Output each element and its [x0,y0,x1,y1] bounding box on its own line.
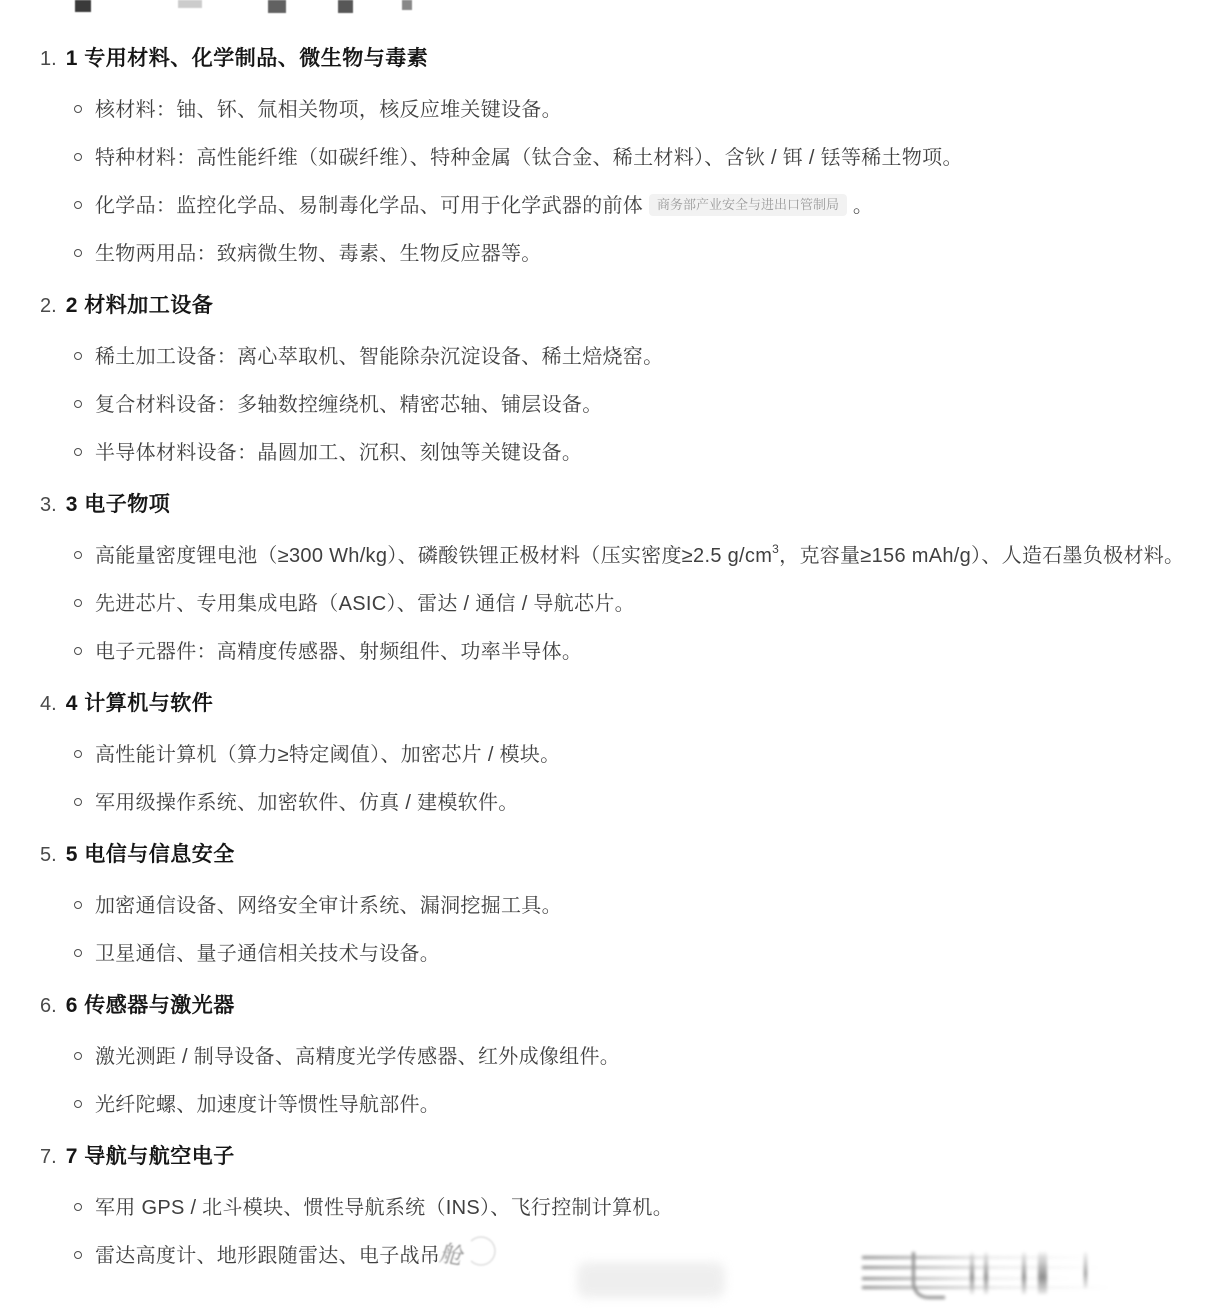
bullet-circle-icon [74,599,82,607]
bullet-circle-icon [74,949,82,957]
erased-watermark-blob [577,1262,725,1298]
item-text: 光纤陀螺、加速度计等惯性导航部件。 [95,1094,440,1116]
item-text: 卫星通信、量子通信相关技术与设备。 [95,943,440,965]
item-text: 加密通信设备、网络安全审计系统、漏洞挖掘工具。 [95,895,562,917]
list-section: 6.6 传感器与激光器 激光测距 / 制导设备、高精度光学传感器、红外成像组件。… [40,991,1186,1126]
list-item: 电子元器件：高精度传感器、射频组件、功率半导体。 [73,632,1186,673]
list-item: 先进芯片、专用集成电路（ASIC）、雷达 / 通信 / 导航芯片。 [73,584,1186,625]
list-item: 高性能计算机（算力≥特定阈值）、加密芯片 / 模块。 [73,735,1186,776]
section-heading: 1.1 专用材料、化学制品、微生物与毒素 [40,44,1186,76]
section-heading: 3.3 电子物项 [40,490,1186,522]
section-heading: 7.7 导航与航空电子 [40,1142,1186,1174]
bullet-circle-icon [74,551,82,559]
bullet-circle-icon [74,201,82,209]
bullet-circle-icon [74,1251,82,1259]
section-items: 高性能计算机（算力≥特定阈值）、加密芯片 / 模块。军用级操作系统、加密软件、仿… [40,735,1186,824]
section-items: 激光测距 / 制导设备、高精度光学传感器、红外成像组件。光纤陀螺、加速度计等惯性… [40,1037,1186,1126]
bullet-circle-icon [74,400,82,408]
list-item: 加密通信设备、网络安全审计系统、漏洞挖掘工具。 [73,886,1186,927]
section-title: 2 材料加工设备 [66,294,214,317]
item-text: 电子元器件：高精度传感器、射频组件、功率半导体。 [95,641,582,663]
section-number: 1. [40,48,57,70]
watermark-swirl-icon [466,1236,496,1266]
bullet-circle-icon [74,647,82,655]
document-body: 1.1 专用材料、化学制品、微生物与毒素 核材料：铀、钚、氚相关物项，核反应堆关… [0,0,1206,1277]
list-item: 高能量密度锂电池（≥300 Wh/kg）、磷酸铁锂正极材料（压实密度≥2.5 g… [73,536,1186,577]
section-number: 6. [40,995,57,1017]
section-title: 6 传感器与激光器 [66,994,235,1017]
section-number: 5. [40,844,57,866]
bullet-circle-icon [74,1052,82,1060]
list-section: 3.3 电子物项 高能量密度锂电池（≥300 Wh/kg）、磷酸铁锂正极材料（压… [40,490,1186,673]
section-number: 7. [40,1146,57,1168]
bullet-circle-icon [74,1100,82,1108]
bullet-circle-icon [74,352,82,360]
item-text: 生物两用品：致病微生物、毒素、生物反应器等。 [95,243,542,265]
section-number: 3. [40,494,57,516]
item-text: ，克容量≥156 mAh/g）、人造石墨负极材料。 [779,545,1184,567]
item-text: 高性能计算机（算力≥特定阈值）、加密芯片 / 模块。 [95,744,560,766]
list-item: 军用 GPS / 北斗模块、惯性导航系统（INS）、飞行控制计算机。 [73,1188,1186,1229]
list-item: 稀土加工设备：离心萃取机、智能除杂沉淀设备、稀土焙烧窑。 [73,337,1186,378]
section-items: 高能量密度锂电池（≥300 Wh/kg）、磷酸铁锂正极材料（压实密度≥2.5 g… [40,536,1186,673]
item-text: 军用 GPS / 北斗模块、惯性导航系统（INS）、飞行控制计算机。 [95,1197,673,1219]
blurred-watermark [862,1250,1112,1298]
item-text: 雷达高度计、地形跟随雷达、电子战吊 [95,1245,440,1267]
list-section: 1.1 专用材料、化学制品、微生物与毒素 核材料：铀、钚、氚相关物项，核反应堆关… [40,44,1186,275]
list-item: 军用级操作系统、加密软件、仿真 / 建模软件。 [73,783,1186,824]
section-title: 7 导航与航空电子 [66,1145,235,1168]
bullet-circle-icon [74,901,82,909]
item-text: 化学品：监控化学品、易制毒化学品、可用于化学武器的前体 [95,195,649,217]
list-item: 卫星通信、量子通信相关技术与设备。 [73,934,1186,975]
section-title: 5 电信与信息安全 [66,843,235,866]
list-item: 半导体材料设备：晶圆加工、沉积、刻蚀等关键设备。 [73,433,1186,474]
list-section: 4.4 计算机与软件 高性能计算机（算力≥特定阈值）、加密芯片 / 模块。军用级… [40,689,1186,824]
list-item: 复合材料设备：多轴数控缠绕机、精密芯轴、铺层设备。 [73,385,1186,426]
list-item: 核材料：铀、钚、氚相关物项，核反应堆关键设备。 [73,90,1186,131]
list-section: 2.2 材料加工设备 稀土加工设备：离心萃取机、智能除杂沉淀设备、稀土焙烧窑。复… [40,291,1186,474]
bullet-circle-icon [74,105,82,113]
item-text: 先进芯片、专用集成电路（ASIC）、雷达 / 通信 / 导航芯片。 [95,593,635,615]
item-text: 复合材料设备：多轴数控缠绕机、精密芯轴、铺层设备。 [95,394,603,416]
list-item: 特种材料：高性能纤维（如碳纤维）、特种金属（钛合金、稀土材料）、含钬 / 铒 /… [73,138,1186,179]
bullet-circle-icon [74,249,82,257]
source-citation-badge[interactable]: 商务部产业安全与进出口管制局 [649,194,847,216]
section-number: 2. [40,295,57,317]
section-heading: 5.5 电信与信息安全 [40,840,1186,872]
item-text: 高能量密度锂电池（≥300 Wh/kg）、磷酸铁锂正极材料（压实密度≥2.5 g… [95,545,772,567]
distorted-character: 舱 [433,1232,471,1281]
item-text: 半导体材料设备：晶圆加工、沉积、刻蚀等关键设备。 [95,442,582,464]
bullet-circle-icon [74,448,82,456]
section-heading: 6.6 传感器与激光器 [40,991,1186,1023]
section-title: 3 电子物项 [66,493,171,516]
item-text: 。 [847,195,873,217]
section-heading: 4.4 计算机与软件 [40,689,1186,721]
list-item: 化学品：监控化学品、易制毒化学品、可用于化学武器的前体 商务部产业安全与进出口管… [73,186,1186,227]
item-text: 稀土加工设备：离心萃取机、智能除杂沉淀设备、稀土焙烧窑。 [95,346,663,368]
bullet-circle-icon [74,798,82,806]
item-text: 核材料：铀、钚、氚相关物项，核反应堆关键设备。 [95,99,562,121]
bullet-circle-icon [74,153,82,161]
section-number: 4. [40,693,57,715]
item-text: 特种材料：高性能纤维（如碳纤维）、特种金属（钛合金、稀土材料）、含钬 / 铒 /… [95,147,963,169]
list-item: 光纤陀螺、加速度计等惯性导航部件。 [73,1085,1186,1126]
section-heading: 2.2 材料加工设备 [40,291,1186,323]
section-items: 稀土加工设备：离心萃取机、智能除杂沉淀设备、稀土焙烧窑。复合材料设备：多轴数控缠… [40,337,1186,474]
list-item: 生物两用品：致病微生物、毒素、生物反应器等。 [73,234,1186,275]
list-section: 5.5 电信与信息安全 加密通信设备、网络安全审计系统、漏洞挖掘工具。卫星通信、… [40,840,1186,975]
bullet-circle-icon [74,1203,82,1211]
item-text: 激光测距 / 制导设备、高精度光学传感器、红外成像组件。 [95,1046,620,1068]
section-title: 1 专用材料、化学制品、微生物与毒素 [66,47,429,70]
bullet-circle-icon [74,750,82,758]
section-items: 加密通信设备、网络安全审计系统、漏洞挖掘工具。卫星通信、量子通信相关技术与设备。 [40,886,1186,975]
item-text: 军用级操作系统、加密软件、仿真 / 建模软件。 [95,792,519,814]
section-title: 4 计算机与软件 [66,692,214,715]
section-items: 核材料：铀、钚、氚相关物项，核反应堆关键设备。特种材料：高性能纤维（如碳纤维）、… [40,90,1186,275]
list-item: 激光测距 / 制导设备、高精度光学传感器、红外成像组件。 [73,1037,1186,1078]
